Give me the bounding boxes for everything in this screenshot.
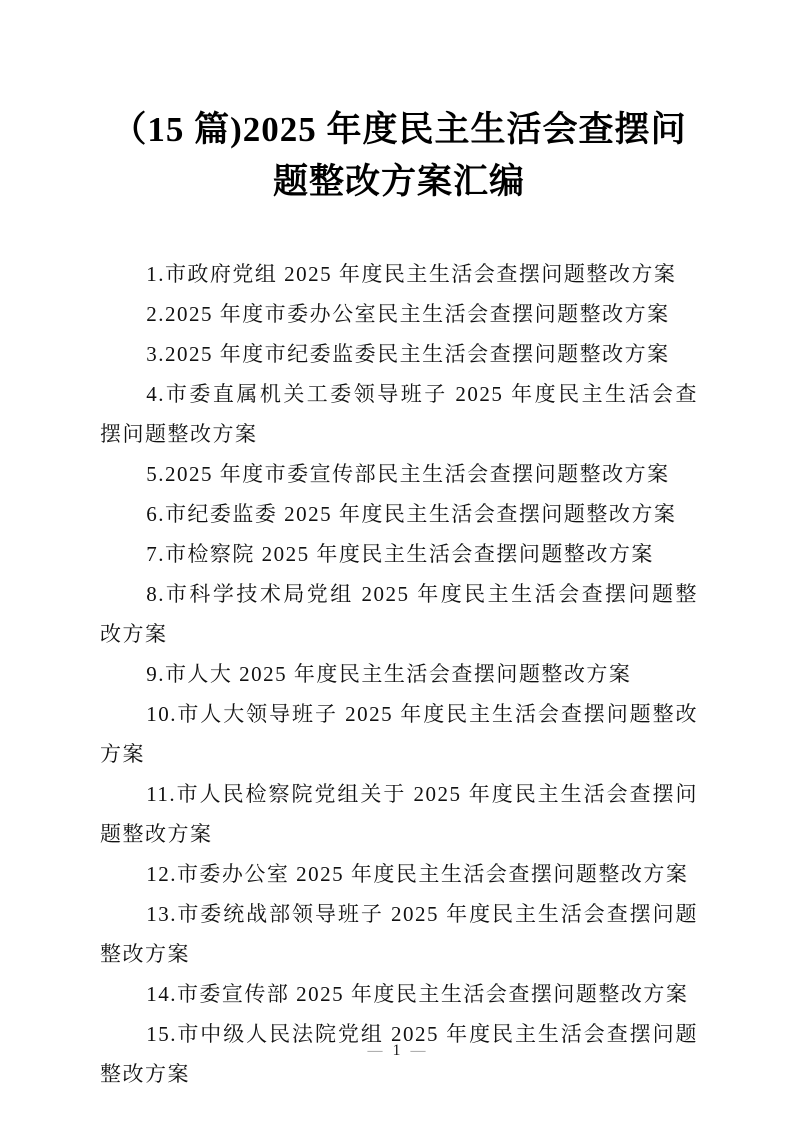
toc-item-1: 1.市政府党组 2025 年度民主生活会查摆问题整改方案 [100,254,698,294]
toc-item-4: 4.市委直属机关工委领导班子 2025 年度民主生活会查摆问题整改方案 [100,374,698,454]
toc-item-5: 5.2025 年度市委宣传部民主生活会查摆问题整改方案 [100,454,698,494]
toc-item-14: 14.市委宣传部 2025 年度民主生活会查摆问题整改方案 [100,974,698,1014]
document-title: （15 篇)2025 年度民主生活会查摆问题整改方案汇编 [100,104,698,208]
document-page: （15 篇)2025 年度民主生活会查摆问题整改方案汇编 1.市政府党组 202… [0,0,793,1122]
toc-item-11: 11.市人民检察院党组关于 2025 年度民主生活会查摆问题整改方案 [100,774,698,854]
toc-item-9: 9.市人大 2025 年度民主生活会查摆问题整改方案 [100,654,698,694]
toc-item-12: 12.市委办公室 2025 年度民主生活会查摆问题整改方案 [100,854,698,894]
toc-item-6: 6.市纪委监委 2025 年度民主生活会查摆问题整改方案 [100,494,698,534]
page-number: 1 [393,1042,401,1059]
toc-item-7: 7.市检察院 2025 年度民主生活会查摆问题整改方案 [100,534,698,574]
page-footer: —1— [0,1042,793,1060]
footer-dash-left: — [358,1043,393,1059]
document-content: （15 篇)2025 年度民主生活会查摆问题整改方案汇编 1.市政府党组 202… [0,0,793,1094]
footer-dash-right: — [401,1043,436,1059]
toc-list: 1.市政府党组 2025 年度民主生活会查摆问题整改方案 2.2025 年度市委… [100,254,698,1094]
toc-item-10: 10.市人大领导班子 2025 年度民主生活会查摆问题整改方案 [100,694,698,774]
toc-item-2: 2.2025 年度市委办公室民主生活会查摆问题整改方案 [100,294,698,334]
toc-item-3: 3.2025 年度市纪委监委民主生活会查摆问题整改方案 [100,334,698,374]
toc-item-8: 8.市科学技术局党组 2025 年度民主生活会查摆问题整改方案 [100,574,698,654]
toc-item-13: 13.市委统战部领导班子 2025 年度民主生活会查摆问题整改方案 [100,894,698,974]
